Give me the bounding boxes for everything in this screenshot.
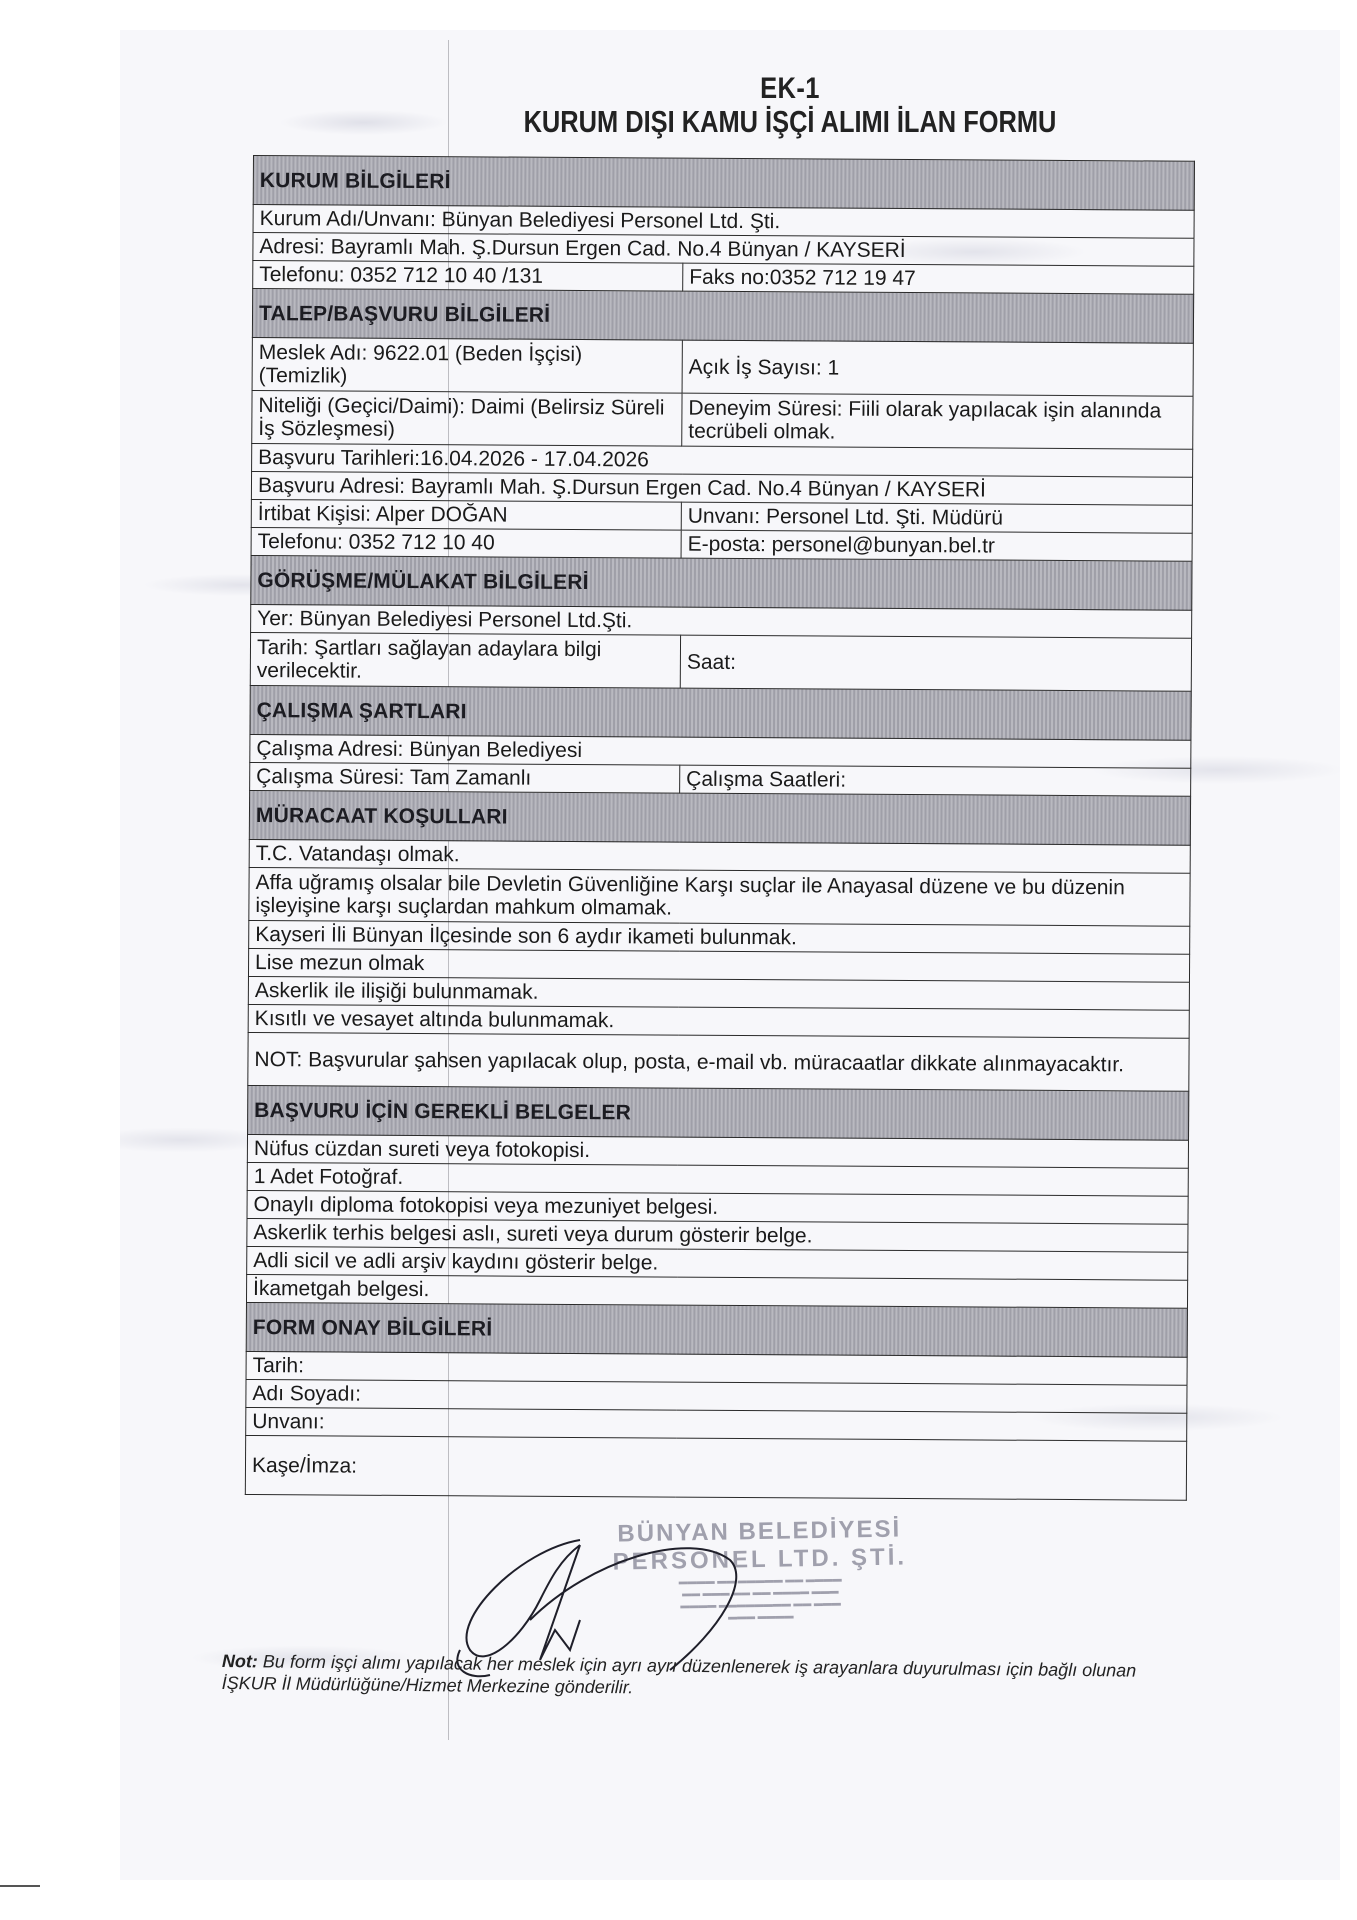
footnote-label: Not:	[222, 1651, 258, 1671]
contact-email: E-posta: personel@bunyan.bel.tr	[681, 530, 1192, 561]
job-nature: Niteliği (Geçici/Daimi): Daimi (Belirsiz…	[252, 390, 682, 446]
contact-person: İrtibat Kişisi: Alper DOĞAN	[251, 499, 681, 530]
work-duration: Çalışma Süresi: Tam Zamanlı	[250, 762, 680, 793]
contact-title: Unvanı: Personel Ltd. Şti. Müdürü	[681, 502, 1192, 533]
interview-date: Tarih: Şartları sağlayan adaylara bilgi …	[250, 632, 680, 688]
condition-item: Affa uğramış olsalar bile Devletin Güven…	[249, 867, 1190, 926]
footnote-text: Bu form işçi alımı yapılacak her meslek …	[222, 1651, 1137, 1697]
experience: Deneyim Süresi: Fiili olarak yapılacak i…	[682, 393, 1193, 449]
kurum-fax: Faks no:0352 712 19 47	[683, 263, 1194, 294]
kurum-phone: Telefonu: 0352 712 10 40 /131	[253, 261, 683, 292]
occupation: Meslek Adı: 9622.01 (Beden İşçisi) (Temi…	[252, 337, 682, 393]
form-title: KURUM DIŞI KAMU İŞÇİ ALIMI İLAN FORMU	[470, 104, 1110, 140]
section-header-gorusme: GÖRÜŞME/MÜLAKAT BİLGİLERİ	[251, 555, 1192, 610]
section-header-talep: TALEP/BAŞVURU BİLGİLERİ	[252, 289, 1193, 344]
open-positions: Açık İş Sayısı: 1	[682, 340, 1193, 396]
work-hours: Çalışma Saatleri:	[680, 765, 1191, 796]
section-header-kosullar: MÜRACAAT KOŞULLARI	[249, 790, 1190, 845]
section-header-kurum: KURUM BİLGİLERİ	[253, 156, 1194, 211]
contact-phone: Telefonu: 0352 712 10 40	[251, 527, 681, 558]
section-header-onay: FORM ONAY BİLGİLERİ	[246, 1302, 1187, 1357]
condition-note: NOT: Başvurular şahsen yapılacak olup, p…	[248, 1032, 1189, 1091]
approval-stamp-signature: Kaşe/İmza:	[245, 1435, 1186, 1500]
form-table: KURUM BİLGİLERİ Kurum Adı/Unvanı: Bünyan…	[245, 155, 1195, 1501]
section-header-belgeler: BAŞVURU İÇİN GEREKLİ BELGELER	[248, 1085, 1189, 1140]
title-block: EK-1 KURUM DIŞI KAMU İŞÇİ ALIMI İLAN FOR…	[400, 72, 1180, 140]
interview-time: Saat:	[680, 635, 1191, 691]
section-header-calisma: ÇALIŞMA ŞARTLARI	[250, 685, 1191, 740]
scan-mark	[0, 1885, 40, 1887]
annex-label: EK-1	[459, 72, 1122, 106]
